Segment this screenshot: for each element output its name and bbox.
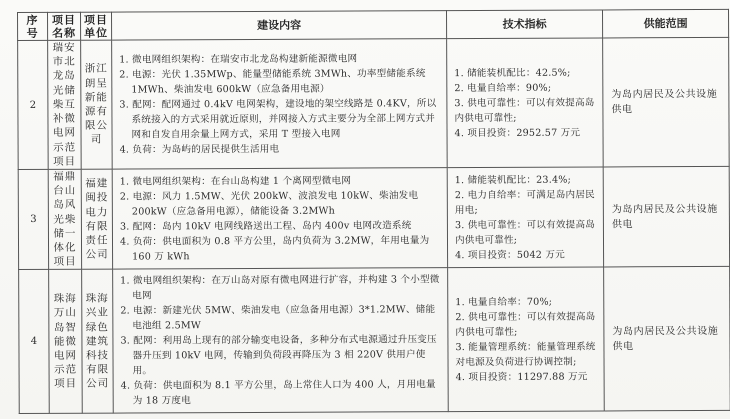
tech-list: 1. 储能装机配比：23.4%; 2. 电力自给率：可满足岛内居民用电; 3. … [448, 168, 603, 267]
header-name: 项目名称 [48, 12, 81, 40]
header-tech: 技术指标 [446, 10, 602, 39]
scope-text: 为岛内居民及公共设施供电 [603, 87, 728, 118]
content-item: 1. 微电网组织架构：在台山岛构建 1 个离网型微电网 [120, 173, 441, 189]
content-item: 4. 负荷：供电面积为 0.8 平方公里，岛内负荷为 3.2MW，年用电量为 1… [120, 233, 441, 264]
content-item: 2. 电源：光伏 1.35MWp、能量型储能系统 3MWh、功率型储能系统 1M… [119, 66, 440, 97]
scope-cell: 为岛内居民及公共设施供电 [604, 267, 730, 412]
header-name-label: 项目名称 [48, 13, 80, 39]
tech-cell: 1. 储能装机配比：23.4%; 2. 电力自给率：可满足岛内居民用电; 3. … [447, 167, 603, 268]
content-item: 1. 微电网组织架构：在万山岛对原有微电网进行扩容，并构建 3 个小型微电网 [120, 273, 441, 304]
table-row: 4 珠海万山岛智能微电网示范项目 珠海兴业绿色建筑科技有限公司 1. 微电网组织… [19, 267, 730, 414]
project-name: 珠海万山岛智能微电网示范项目 [49, 292, 81, 392]
project-unit-cell: 福建闽投电力有限责任公司 [81, 169, 112, 270]
tech-list: 1. 储能装机配比：42.5%; 2. 电量自给率：90%; 3. 供电可靠性：… [447, 61, 602, 145]
content-cell: 1. 微电网组织架构：在万山岛对原有微电网进行扩容，并构建 3 个小型微电网 2… [113, 268, 449, 413]
tech-item: 2. 供电可靠性：可以有效提高岛内供电可靠性; [455, 309, 597, 340]
content-item: 2. 电源：新建光伏 5MW、柴油发电（应急备用电源）3*1.2MW、储能电池组… [120, 303, 441, 334]
project-unit: 福建闽投电力有限责任公司 [82, 177, 112, 262]
project-name: 瑞安市北龙岛光储柴互补微电网示范项目 [48, 41, 81, 169]
header-unit-label: 项目单位 [81, 13, 111, 39]
tech-item: 3. 能量管理系统：能量管理系统对电源及负荷进行协调控制; [455, 339, 597, 370]
tech-item: 4. 项目投资：2952.57 万元 [454, 125, 596, 141]
content-item: 3. 配网：岛内 10kV 电网线路送出工程、岛内 400v 电网改造系统 [120, 218, 441, 234]
content-item: 4. 负荷：为岛屿的居民提供生活用电 [120, 141, 441, 157]
project-name-cell: 珠海万山岛智能微电网示范项目 [49, 270, 83, 414]
tech-item: 3. 供电可靠性：可以有效提高岛内供电可靠性; [454, 95, 596, 126]
project-unit: 珠海兴业绿色建筑科技有限公司 [82, 292, 112, 392]
tech-list: 1. 电量自给率：70%; 2. 供电可靠性：可以有效提高岛内供电可靠性; 3.… [448, 290, 603, 389]
header-no: 序号 [18, 12, 48, 40]
header-no-label: 序号 [18, 13, 47, 39]
content-item: 2. 电源：风力 1.5MW、光伏 200kW、波浪发电 10kW、柴油发电 2… [120, 188, 441, 219]
header-content: 建设内容 [112, 11, 447, 40]
project-name-cell: 福鼎台山岛风光柴储一体化项目 [48, 169, 81, 270]
content-cell: 1. 微电网组织架构：在瑞安市北龙岛构建新能源微电网 2. 电源：光伏 1.35… [112, 39, 448, 169]
content-cell: 1. 微电网组织架构：在台山岛构建 1 个离网型微电网 2. 电源：风力 1.5… [112, 168, 447, 270]
scope-cell: 为岛内居民及公共设施供电 [603, 166, 729, 267]
content-item: 1. 微电网组织架构：在瑞安市北龙岛构建新能源微电网 [119, 51, 440, 67]
scope-text: 为岛内居民及公共设施供电 [604, 202, 729, 233]
tech-item: 1. 储能装机配比：42.5%; [454, 65, 596, 81]
project-unit: 浙江朗呈新能源有限公司 [81, 62, 111, 147]
scope-text: 为岛内居民及公共设施供电 [604, 324, 729, 355]
content-list: 1. 微电网组织架构：在万山岛对原有微电网进行扩容，并构建 3 个小型微电网 2… [113, 269, 448, 413]
tech-cell: 1. 电量自给率：70%; 2. 供电可靠性：可以有效提高岛内供电可靠性; 3.… [448, 267, 605, 412]
tech-item: 2. 电力自给率：可满足岛内居民用电; [455, 187, 597, 218]
scope-cell: 为岛内居民及公共设施供电 [603, 37, 730, 167]
row-number: 3 [18, 169, 48, 270]
tech-item: 1. 储能装机配比：23.4%; [455, 172, 597, 188]
row-number: 4 [19, 270, 50, 414]
header-scope: 供能范围 [602, 9, 728, 38]
content-list: 1. 微电网组织架构：在台山岛构建 1 个离网型微电网 2. 电源：风力 1.5… [113, 169, 447, 268]
project-unit-cell: 浙江朗呈新能源有限公司 [81, 40, 113, 169]
content-item: 3. 配网：配网通过 0.4kV 电网架构，建设地的架空线路是 0.4KV，所以… [119, 96, 440, 142]
project-unit-cell: 珠海兴业绿色建筑科技有限公司 [82, 270, 114, 414]
tech-item: 3. 供电可靠性：可以有效提高岛内供电可靠性; [455, 217, 597, 248]
table-header-row: 序号 项目名称 项目单位 建设内容 技术指标 供能范围 [18, 9, 729, 40]
table-row: 2 瑞安市北龙岛光储柴互补微电网示范项目 浙江朗呈新能源有限公司 1. 微电网组… [18, 37, 730, 169]
project-name-cell: 瑞安市北龙岛光储柴互补微电网示范项目 [48, 40, 82, 169]
tech-cell: 1. 储能装机配比：42.5%; 2. 电量自给率：90%; 3. 供电可靠性：… [447, 38, 604, 168]
tech-item: 2. 电量自给率：90%; [454, 80, 596, 96]
header-unit: 项目单位 [81, 12, 112, 40]
document-page: 序号 项目名称 项目单位 建设内容 技术指标 供能范围 2 瑞安市北龙岛光储柴互… [0, 0, 730, 419]
project-table: 序号 项目名称 项目单位 建设内容 技术指标 供能范围 2 瑞安市北龙岛光储柴互… [17, 9, 730, 415]
tech-item: 4. 项目投资：11297.88 万元 [456, 369, 598, 385]
content-item: 3. 配网：利用岛上现有的部分输变电设备，多种分布式电源通过升压变压器升压到 1… [120, 333, 441, 379]
row-number: 2 [18, 40, 49, 169]
tech-item: 4. 项目投资：5042 万元 [455, 247, 597, 263]
content-list: 1. 微电网组织架构：在瑞安市北龙岛构建新能源微电网 2. 电源：光伏 1.35… [112, 47, 446, 161]
project-name: 福鼎台山岛风光柴储一体化项目 [49, 170, 81, 270]
tech-item: 1. 电量自给率：70%; [455, 294, 597, 310]
table-row: 3 福鼎台山岛风光柴储一体化项目 福建闽投电力有限责任公司 1. 微电网组织架构… [18, 166, 729, 270]
content-item: 4. 负荷：供电面积为 8.1 平方公里，岛上常住人口为 400 人，月用电量为… [121, 378, 442, 409]
